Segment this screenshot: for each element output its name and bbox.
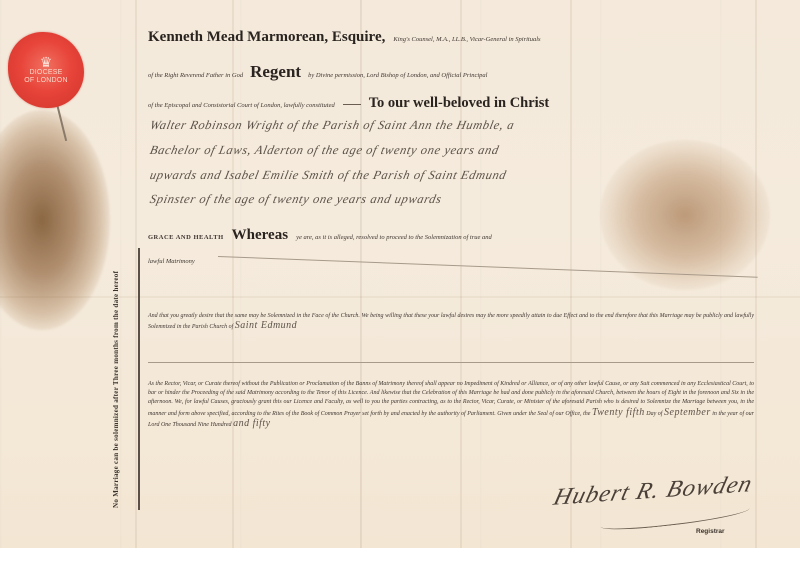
whereas-text: lawful Matrimony [148, 258, 195, 265]
whereas-heading: Whereas [232, 227, 288, 243]
handwritten-day: Twenty fifth [592, 407, 645, 418]
handwritten-groom-details: Bachelor of Laws, Alderton of the age of… [148, 143, 500, 158]
greeting-text: GRACE AND HEALTH [148, 234, 224, 241]
fold-line [755, 0, 757, 548]
margin-rule [138, 248, 140, 510]
fold-line [135, 0, 137, 548]
fold-line [232, 0, 234, 548]
header-line-2: of the Right Reverend Father in God Rege… [148, 62, 487, 82]
fold-line [0, 296, 800, 298]
header-line-3: of the Episcopal and Consistorial Court … [148, 94, 549, 112]
header-text: of the Right Reverend Father in God [148, 72, 243, 79]
header-line-1: Kenneth Mead Marmorean, Esquire, King's … [148, 28, 541, 46]
whereas-line: GRACE AND HEALTH Whereas ye are, as it i… [148, 226, 492, 244]
crown-seal-icon: ♛ [40, 55, 53, 69]
salutation-heading: To our well-beloved in Christ [369, 95, 549, 111]
header-text: by Divine permission, Lord Bishop of Lon… [308, 72, 487, 79]
handwritten-month: September [664, 407, 711, 418]
licence-paragraph-1: And that you greatly desire that the sam… [148, 312, 754, 332]
fold-line [360, 0, 362, 548]
regent-heading: Regent [250, 62, 301, 81]
handwritten-church: Saint Edmund [235, 320, 297, 331]
paragraph-text: Day of [646, 411, 662, 417]
handwritten-groom: Walter Robinson Wright of the Parish of … [148, 118, 515, 133]
issuer-name: Kenneth Mead Marmorean, Esquire, [148, 29, 385, 45]
marriage-licence-document: ♛ DIOCESE OF LONDON Kenneth Mead Marmore… [0, 0, 800, 548]
foxing-stain [600, 140, 770, 290]
vertical-margin-note: No Marriage can be solemnized after Thre… [112, 271, 120, 508]
issuer-titles: King's Counsel, M.A., LL.B., Vicar-Gener… [393, 36, 540, 43]
whereas-line-2: lawful Matrimony [148, 250, 195, 268]
divider [148, 362, 754, 363]
seal-text: DIOCESE [30, 69, 63, 77]
whereas-text: ye are, as it is alleged, resolved to pr… [296, 234, 492, 241]
page-margin [0, 548, 800, 566]
fold-line [570, 0, 572, 548]
handwritten-bride: upwards and Isabel Emilie Smith of the P… [148, 168, 507, 183]
wax-seal: ♛ DIOCESE OF LONDON [8, 32, 84, 108]
handwritten-year: and fifty [233, 418, 271, 429]
header-text: of the Episcopal and Consistorial Court … [148, 102, 335, 109]
licence-paragraph-2: As the Rector, Vicar, or Curate thereof … [148, 380, 754, 430]
registrar-label: Registrar [696, 528, 725, 535]
handwritten-bride-details: Spinster of the age of twenty one years … [148, 192, 443, 207]
fold-line [460, 0, 462, 548]
seal-text: OF LONDON [24, 77, 67, 85]
